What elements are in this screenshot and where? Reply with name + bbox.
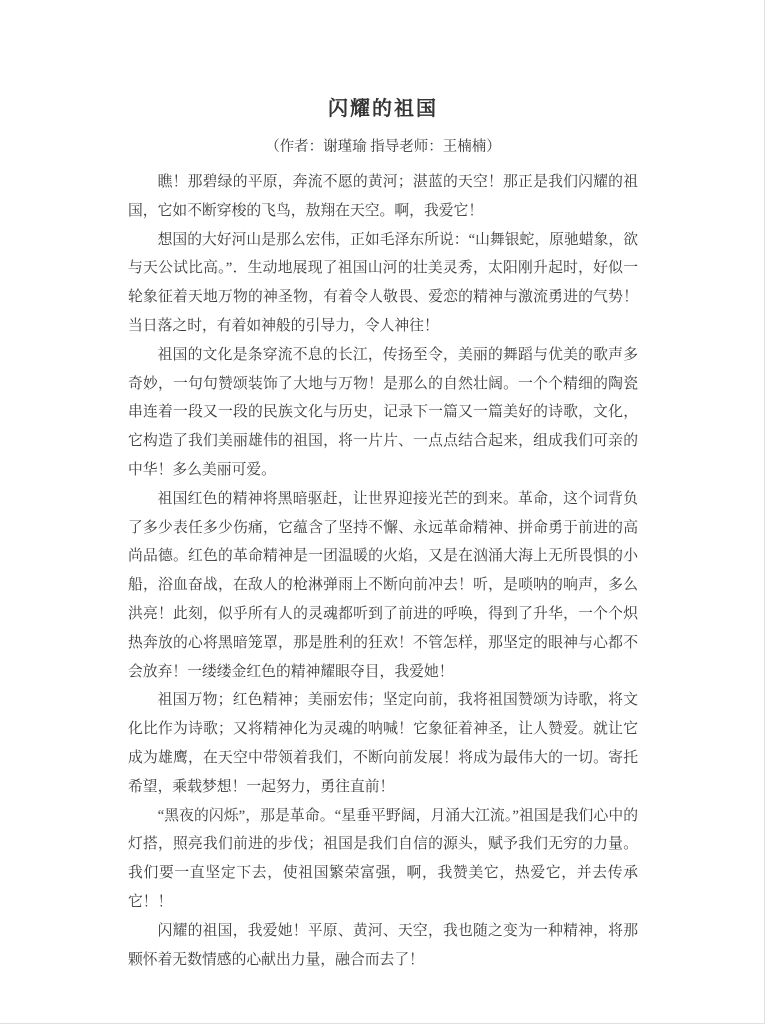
paragraph: 祖国的文化是条穿流不息的长江，传扬至令，美丽的舞蹈与优美的歌声多奇妙，一句句赞颂… bbox=[128, 341, 638, 485]
document-byline: （作者：谢瑾瑜 指导老师：王楠楠） bbox=[128, 135, 638, 156]
paragraph: 想国的大好河山是那么宏伟，正如毛泽东所说：“山舞银蛇，原驰蜡象，欲与天公试比高。… bbox=[128, 226, 638, 341]
document-body: 瞧！那碧绿的平原，奔流不愿的黄河；湛蓝的天空！那正是我们闪耀的祖国，它如不断穿梭… bbox=[128, 168, 638, 974]
document-title: 闪耀的祖国 bbox=[128, 92, 638, 121]
paragraph: “黑夜的闪烁”，那是革命。“星垂平野阔，月涌大江流。”祖国是我们心中的灯搭，照亮… bbox=[128, 802, 638, 917]
paragraph: 祖国红色的精神将黑暗驱赶，让世界迎接光芒的到来。革命，这个词背负了多少表任多少伤… bbox=[128, 485, 638, 687]
paragraph: 闪耀的祖国，我爱她！平原、黄河、天空，我也随之变为一种精神，将那颗怀着无数情感的… bbox=[128, 917, 638, 975]
paragraph: 瞧！那碧绿的平原，奔流不愿的黄河；湛蓝的天空！那正是我们闪耀的祖国，它如不断穿梭… bbox=[128, 168, 638, 226]
document-content: 闪耀的祖国 （作者：谢瑾瑜 指导老师：王楠楠） 瞧！那碧绿的平原，奔流不愿的黄河… bbox=[128, 92, 638, 974]
document-page: 闪耀的祖国 （作者：谢瑾瑜 指导老师：王楠楠） 瞧！那碧绿的平原，奔流不愿的黄河… bbox=[0, 0, 765, 1024]
paragraph: 祖国万物；红色精神；美丽宏伟；坚定向前，我将祖国赞颂为诗歌，将文化比作为诗歌；又… bbox=[128, 686, 638, 801]
